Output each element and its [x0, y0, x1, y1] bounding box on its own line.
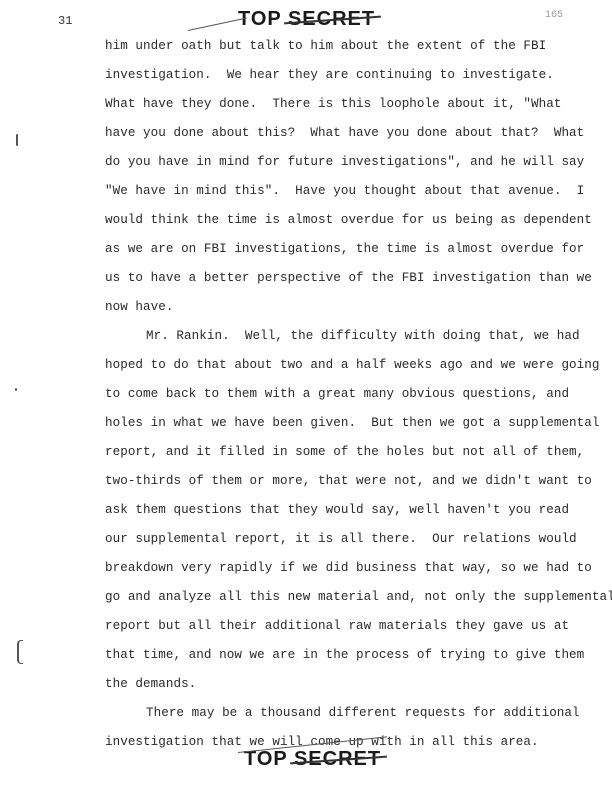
text-line: breakdown very rapidly if we did busines… — [105, 554, 605, 583]
top-secret-stamp-header: TOP SECRET — [238, 8, 375, 31]
text-line-paragraph-start: There may be a thousand different reques… — [105, 699, 605, 728]
text-line: have you done about this? What have you … — [105, 119, 605, 148]
text-line: investigation. We hear they are continui… — [105, 61, 605, 90]
text-line: now have. — [105, 293, 605, 322]
margin-mark-icon — [16, 134, 18, 146]
document-body: him under oath but talk to him about the… — [105, 32, 605, 757]
stamp-word-secret-struck: SECRET — [294, 748, 381, 770]
text-line: him under oath but talk to him about the… — [105, 32, 605, 61]
margin-mark-icon — [15, 388, 17, 391]
text-line: What have they done. There is this looph… — [105, 90, 605, 119]
text-line: two-thirds of them or more, that were no… — [105, 467, 605, 496]
top-secret-stamp-footer: TOP SECRET — [244, 748, 381, 771]
text-line: would think the time is almost overdue f… — [105, 206, 605, 235]
text-line: "We have in mind this". Have you thought… — [105, 177, 605, 206]
page-number-left: 31 — [58, 14, 72, 28]
text-line: as we are on FBI investigations, the tim… — [105, 235, 605, 264]
text-line: go and analyze all this new material and… — [105, 583, 605, 612]
text-line: that time, and now we are in the process… — [105, 641, 605, 670]
text-line: to come back to them with a great many o… — [105, 380, 605, 409]
text-line: ask them questions that they would say, … — [105, 496, 605, 525]
page-number-right: 165 — [545, 10, 563, 21]
text-line: holes in what we have been given. But th… — [105, 409, 605, 438]
text-line-paragraph-start: Mr. Rankin. Well, the difficulty with do… — [105, 322, 605, 351]
text-line: report, and it filled in some of the hol… — [105, 438, 605, 467]
text-line: hoped to do that about two and a half we… — [105, 351, 605, 380]
text-line: the demands. — [105, 670, 605, 699]
text-line: do you have in mind for future investiga… — [105, 148, 605, 177]
margin-bracket-icon — [17, 640, 23, 664]
text-line: our supplemental report, it is all there… — [105, 525, 605, 554]
text-line: report but all their additional raw mate… — [105, 612, 605, 641]
text-line: us to have a better perspective of the F… — [105, 264, 605, 293]
stamp-word-secret-struck: SECRET — [288, 8, 375, 30]
